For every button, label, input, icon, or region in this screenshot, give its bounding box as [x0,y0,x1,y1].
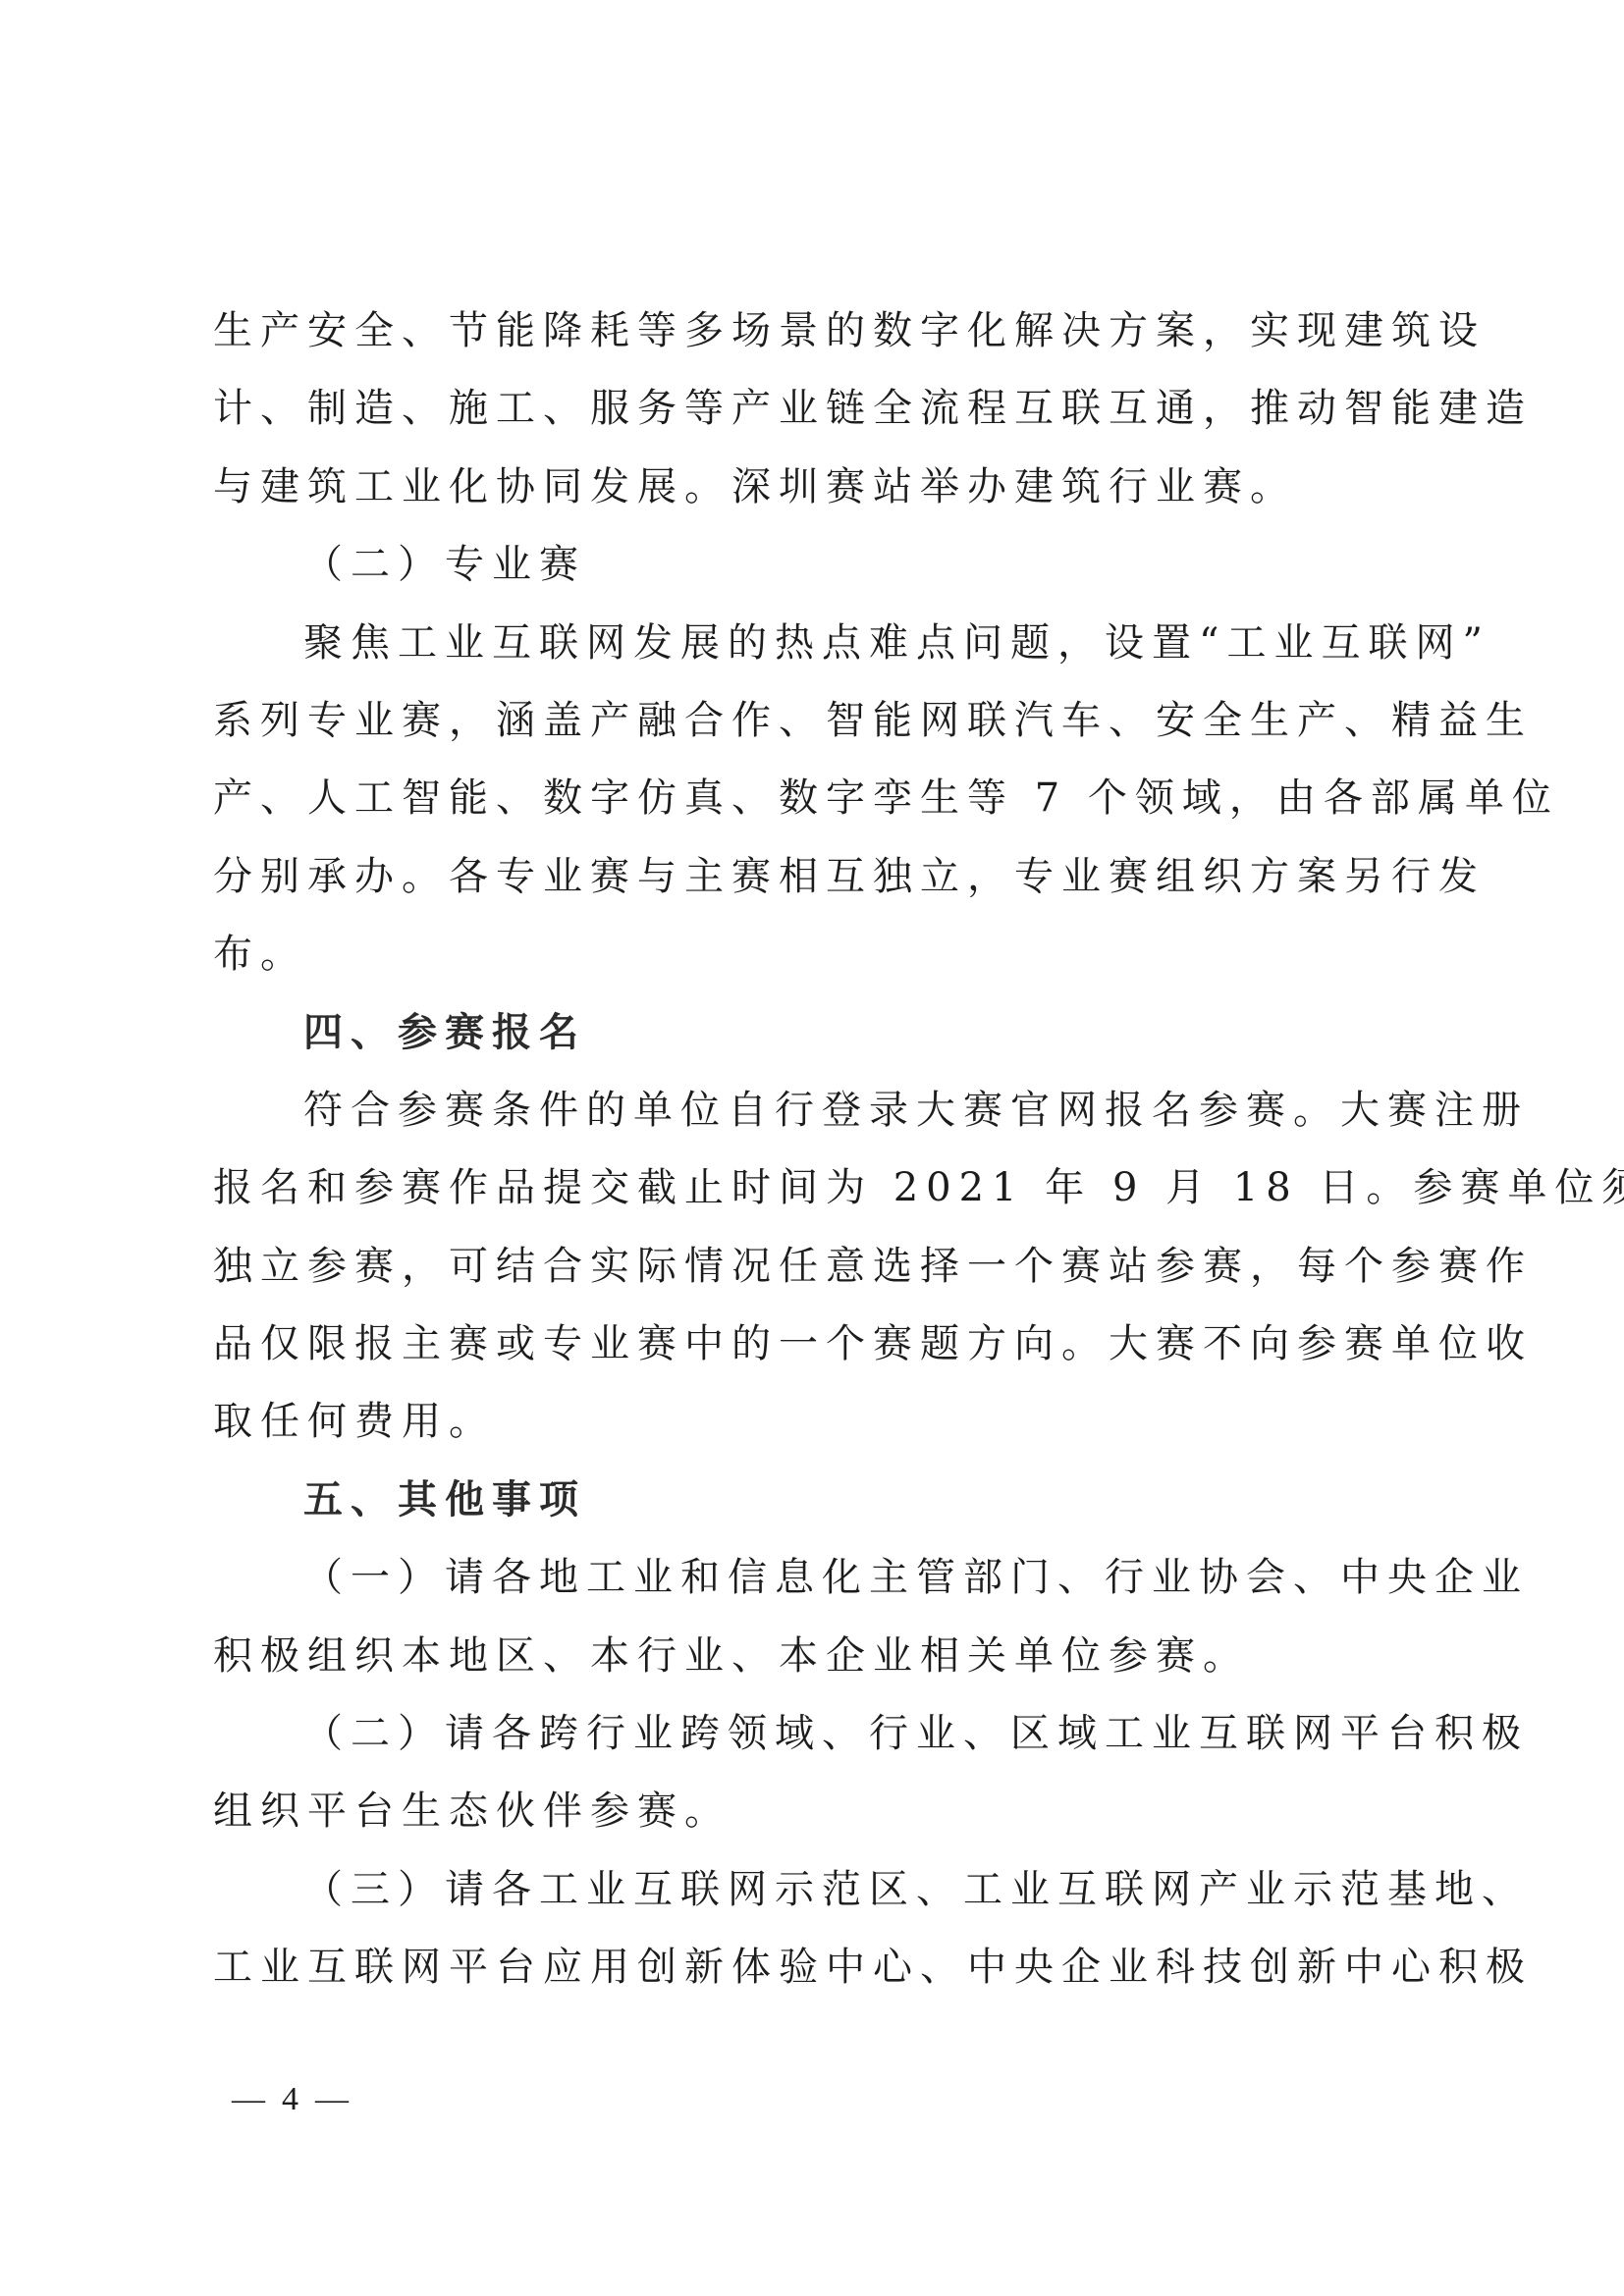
paragraph-line: 布。 [213,916,1407,993]
paragraph-line: 取任何费用。 [213,1383,1407,1461]
document-body: 生产安全、节能降耗等多场景的数字化解决方案，实现建筑设 计、制造、施工、服务等产… [213,293,1407,2007]
paragraph-line: （三）请各工业互联网示范区、工业互联网产业示范基地、 [213,1851,1407,1929]
paragraph-line: （二）请各跨行业跨领域、行业、区域工业互联网平台积极 [213,1695,1407,1773]
paragraph-line: 报名和参赛作品提交截止时间为 2021 年 9 月 18 日。参赛单位须 [213,1149,1407,1227]
section-heading-registration: 四、参赛报名 [213,994,1407,1072]
paragraph-line: 工业互联网平台应用创新体验中心、中央企业科技创新中心积极 [213,1929,1407,2006]
paragraph-line: 系列专业赛，涵盖产融合作、智能网联汽车、安全生产、精益生 [213,682,1407,760]
subheading-professional-contest: （二）专业赛 [213,526,1407,604]
paragraph-line: 与建筑工业化协同发展。深圳赛站举办建筑行业赛。 [213,449,1407,526]
page-number: — 4 — [232,2079,349,2120]
paragraph-line: 产、人工智能、数字仿真、数字孪生等 7 个领域，由各部属单位 [213,760,1407,837]
paragraph-line: 聚焦工业互联网发展的热点难点问题，设置“工业互联网” [213,605,1407,682]
paragraph-line: 分别承办。各专业赛与主赛相互独立，专业赛组织方案另行发 [213,838,1407,916]
paragraph-line: 品仅限报主赛或专业赛中的一个赛题方向。大赛不向参赛单位收 [213,1306,1407,1383]
paragraph-line: （一）请各地工业和信息化主管部门、行业协会、中央企业 [213,1539,1407,1617]
paragraph-line: 生产安全、节能降耗等多场景的数字化解决方案，实现建筑设 [213,293,1407,370]
paragraph-line: 独立参赛，可结合实际情况任意选择一个赛站参赛，每个参赛作 [213,1228,1407,1306]
paragraph-line: 组织平台生态伙伴参赛。 [213,1773,1407,1850]
section-heading-other-matters: 五、其他事项 [213,1462,1407,1539]
paragraph-line: 符合参赛条件的单位自行登录大赛官网报名参赛。大赛注册 [213,1072,1407,1149]
paragraph-line: 积极组织本地区、本行业、本企业相关单位参赛。 [213,1618,1407,1695]
paragraph-line: 计、制造、施工、服务等产业链全流程互联互通，推动智能建造 [213,370,1407,448]
